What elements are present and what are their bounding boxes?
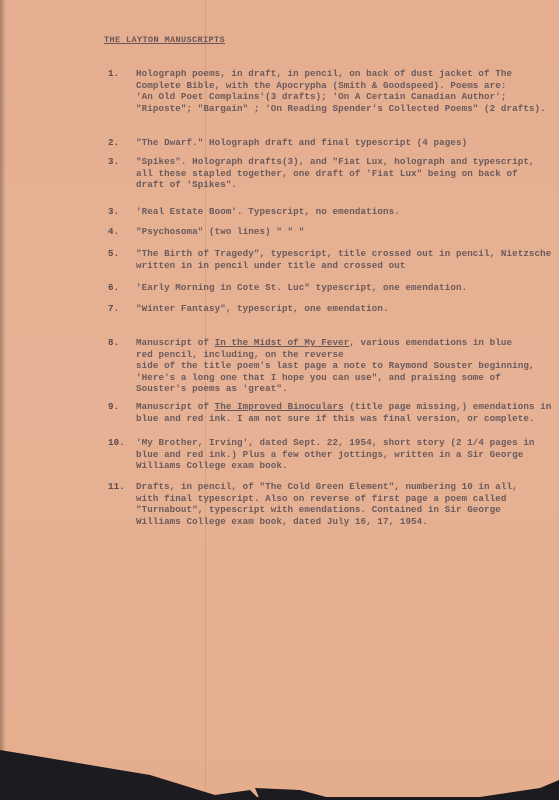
item-text: 'Early Morning in Cote St. Luc" typescri… — [136, 282, 556, 294]
item-number: 6. — [108, 282, 119, 294]
item-number: 10. — [108, 437, 125, 449]
scan-background-dark-edge — [0, 680, 559, 800]
item-number: 7. — [108, 303, 119, 315]
item-text: Holograph poems, in draft, in pencil, on… — [136, 68, 556, 114]
item-number: 4. — [108, 226, 119, 238]
item-text: "Spikes". Holograph drafts(3), and "Fiat… — [136, 156, 556, 191]
document-title: THE LAYTON MANUSCRIPTS — [104, 35, 225, 47]
item-number: 2. — [108, 137, 119, 149]
manuscript-title: In the Midst of My Fever — [215, 337, 350, 348]
item-number: 8. — [108, 337, 119, 349]
item-text: "The Birth of Tragedy", typescript, titl… — [136, 248, 556, 271]
item-number: 1. — [108, 68, 119, 80]
item-number: 9. — [108, 401, 119, 413]
item-number: 5. — [108, 248, 119, 260]
item-text: 'Real Estate Boom'. Typescript, no emend… — [136, 206, 556, 218]
paper-edge-shadow — [0, 0, 6, 760]
manuscript-title: The Improved Binoculars — [215, 401, 344, 412]
item-text: "Winter Fantasy", typescript, one emenda… — [136, 303, 556, 315]
item-text: Manuscript of The Improved Binoculars (t… — [136, 401, 556, 424]
item-number: 11. — [108, 481, 125, 493]
item-text: "Psychosoma" (two lines) " " " — [136, 226, 556, 238]
item-text: 'My Brother, Irving', dated Sept. 22, 19… — [136, 437, 556, 472]
item-number: 3. — [108, 206, 119, 218]
item-number: 3. — [108, 156, 119, 168]
item-text: Drafts, in pencil, of "The Cold Green El… — [136, 481, 556, 527]
item-text: "The Dwarf." Holograph draft and final t… — [136, 137, 556, 149]
item-text: Manuscript of In the Midst of My Fever, … — [136, 337, 556, 395]
